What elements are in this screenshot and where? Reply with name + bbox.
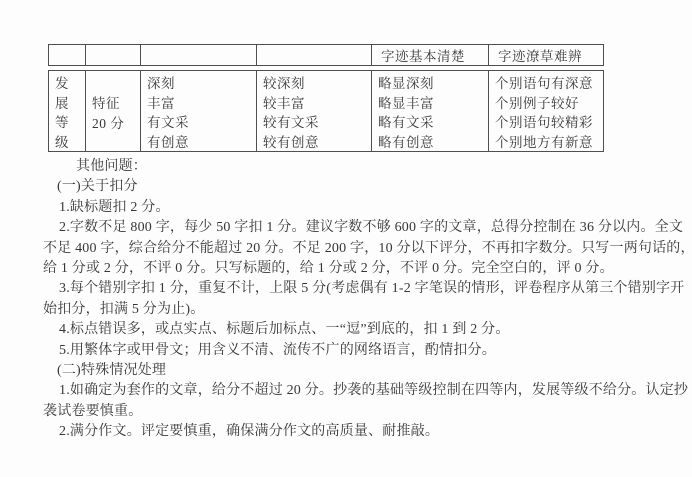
deduction-notes: 其他问题： (一)关于扣分 1.缺标题扣 2 分。 2.字数不足 800 字，每… xyxy=(43,157,649,443)
level-item: 深刻 xyxy=(147,74,256,94)
rule-1: 1.缺标题扣 2 分。 xyxy=(43,198,649,218)
header-cell-empty-1 xyxy=(49,45,86,65)
special-1-line-2: 袭试卷要慎重。 xyxy=(43,402,649,422)
level-item: 较有创意 xyxy=(263,133,371,151)
grade-char: 级 xyxy=(55,133,85,151)
grade-char: 发 xyxy=(55,74,85,94)
level-item: 略有创意 xyxy=(378,133,488,151)
rubric-body-row: 发 展 等 级 特征 20 分 深刻 丰富 有文采 有创意 较深刻 较丰富 较有… xyxy=(48,70,604,152)
level-item: 较丰富 xyxy=(263,94,371,114)
rubric-header-row: 字迹基本清楚 字迹潦草难辨 xyxy=(48,44,604,66)
grade-char: 展 xyxy=(55,94,85,114)
rule-2-line-3: 给 1 分或 2 分，不评 0 分。只写标题的，给 1 分或 2 分，不评 0 … xyxy=(43,259,649,279)
cell-development-grade-label: 发 展 等 级 xyxy=(49,71,86,151)
rule-3-line-1: 3.每个错别字扣 1 分，重复不计，上限 5 分(考虑偶有 1-2 字笔误的情形… xyxy=(43,279,649,299)
level-item: 较深刻 xyxy=(263,74,371,94)
rule-2-line-1: 2.字数不足 800 字，每少 50 字扣 1 分。建议字数不够 600 字的文… xyxy=(43,218,649,238)
level-item: 较有文采 xyxy=(263,113,371,133)
level-item: 个别地方有新意 xyxy=(495,133,603,151)
level-item: 个别例子较好 xyxy=(495,94,603,114)
level-item: 个别语句较精彩 xyxy=(495,113,603,133)
rule-2-line-2: 不足 400 字，综合给分不能超过 20 分。不足 200 字，10 分以下评分… xyxy=(43,239,649,259)
header-cell-empty-4 xyxy=(257,45,372,65)
level-item: 丰富 xyxy=(147,94,256,114)
level-item: 略有文采 xyxy=(378,113,488,133)
cell-level-1: 深刻 丰富 有文采 有创意 xyxy=(141,71,257,151)
grading-rubric-table: 字迹基本清楚 字迹潦草难辨 发 展 等 级 特征 20 分 深刻 丰富 有文采 … xyxy=(48,44,604,152)
section-1-heading: (一)关于扣分 xyxy=(43,177,649,197)
grade-char: 等 xyxy=(55,113,85,133)
cell-level-3: 略显深刻 略显丰富 略有文采 略有创意 xyxy=(372,71,489,151)
level-item: 个别语句有深意 xyxy=(495,74,603,94)
rule-5: 5.用繁体字或甲骨文；用含义不清、流传不广的网络语言，酌情扣分。 xyxy=(43,341,649,361)
header-cell-handwriting-sloppy: 字迹潦草难辨 xyxy=(489,45,603,65)
cell-level-4: 个别语句有深意 个别例子较好 个别语句较精彩 个别地方有新意 xyxy=(489,71,603,151)
header-cell-empty-3 xyxy=(141,45,257,65)
special-2: 2.满分作文。评定要慎重，确保满分作文的高质量、耐推敲。 xyxy=(43,422,649,442)
header-cell-empty-2 xyxy=(86,45,141,65)
notes-heading: 其他问题： xyxy=(43,157,649,177)
section-2-heading: (二)特殊情况处理 xyxy=(43,361,649,381)
level-item: 有文采 xyxy=(147,113,256,133)
header-cell-handwriting-clear: 字迹基本清楚 xyxy=(372,45,489,65)
level-item: 略显丰富 xyxy=(378,94,488,114)
document-page: 字迹基本清楚 字迹潦草难辨 发 展 等 级 特征 20 分 深刻 丰富 有文采 … xyxy=(0,0,692,477)
cell-level-2: 较深刻 较丰富 较有文采 较有创意 xyxy=(257,71,372,151)
rule-3-line-2: 始扣分，扣满 5 分为止)。 xyxy=(43,300,649,320)
special-1-line-1: 1.如确定为套作的文章，给分不超过 20 分。抄袭的基础等级控制在四等内，发展等… xyxy=(43,381,649,401)
level-item: 略显深刻 xyxy=(378,74,488,94)
rule-4: 4.标点错误多，或点实点、标题后加标点、一“逗”到底的，扣 1 到 2 分。 xyxy=(43,320,649,340)
feature-points: 20 分 xyxy=(92,114,140,134)
cell-feature-points: 特征 20 分 xyxy=(86,71,141,151)
feature-label: 特征 xyxy=(92,94,140,114)
level-item: 有创意 xyxy=(147,133,256,151)
